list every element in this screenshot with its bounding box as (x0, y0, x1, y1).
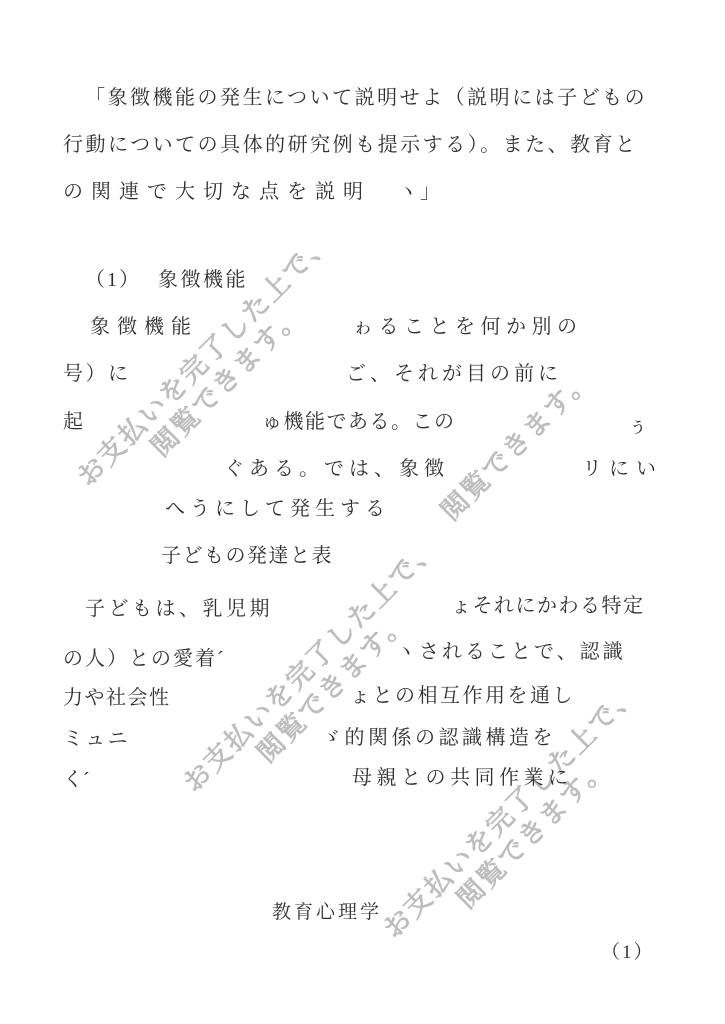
doc-line8-mid: ぐある。では、象徴 (224, 457, 449, 481)
doc-line6-left: 号）に (63, 362, 131, 386)
doc-title-line-1: 「象徴機能の発生について説明せよ（説明には子どもの (85, 86, 647, 110)
doc-line13-right: ょとの相互作用を通し (350, 684, 575, 708)
doc-heading-number: （1） (85, 268, 141, 292)
doc-line8-right: リにい (582, 457, 663, 481)
watermark-line1: お支払いを完了した上で、 (377, 677, 645, 945)
doc-line14-left: ミュニ (63, 727, 130, 751)
watermark-line2: 閲覧できます。 (435, 363, 599, 527)
doc-title-line-2: 行動についての具体的研究例も提示する）。また、教育と (63, 133, 638, 157)
doc-line15-left: く´ (63, 768, 90, 792)
watermark-stamp-4: お支払いを完了した上で、 閲覧できます。 (377, 677, 667, 967)
doc-heading-title: 象徴機能 (158, 268, 248, 292)
doc-line15-right: 母親との共同作業に (352, 766, 573, 790)
doc-line7-left: 起 (63, 410, 83, 434)
document-page: お支払いを完了した上で、 閲覧できます。 閲覧できます。 お支払いを完了した上で… (0, 0, 725, 1024)
doc-title-line-3: の関連で大切な点を説明 (63, 180, 371, 204)
doc-line10: 子どもの発達と表 (161, 544, 333, 568)
doc-line9: へうにして発生する (165, 497, 390, 521)
footer-page-number: （1） (601, 941, 655, 965)
doc-title-close-quote: ヽ」 (398, 180, 442, 204)
doc-line7-mid: ゅ機能である。この (262, 410, 456, 434)
watermark-line1: お支払いを完了した上で、 (71, 225, 339, 493)
doc-line7-right: ぅ (628, 414, 648, 438)
doc-line11-left: 子どもは、乳児期 (85, 597, 273, 621)
doc-line14-right: ゞ的関係の認識構造を (321, 726, 556, 750)
doc-line5-right: ゎることを何か別の (353, 315, 583, 339)
footer-section-title: 教育心理学 (272, 901, 382, 925)
doc-line6-right: ご、それが目の前に (346, 362, 562, 386)
doc-line5-left: 象徴機能 (90, 315, 198, 339)
doc-line11-right: ょそれにかわる特定 (451, 594, 645, 618)
doc-line12-right: ヽされることで、認識 (396, 640, 626, 664)
doc-line12-left: の人）との愛着´ (63, 647, 226, 671)
watermark-stamp-2: 閲覧できます。 (435, 363, 599, 527)
doc-line13-left: 力や社会性 (63, 686, 171, 710)
